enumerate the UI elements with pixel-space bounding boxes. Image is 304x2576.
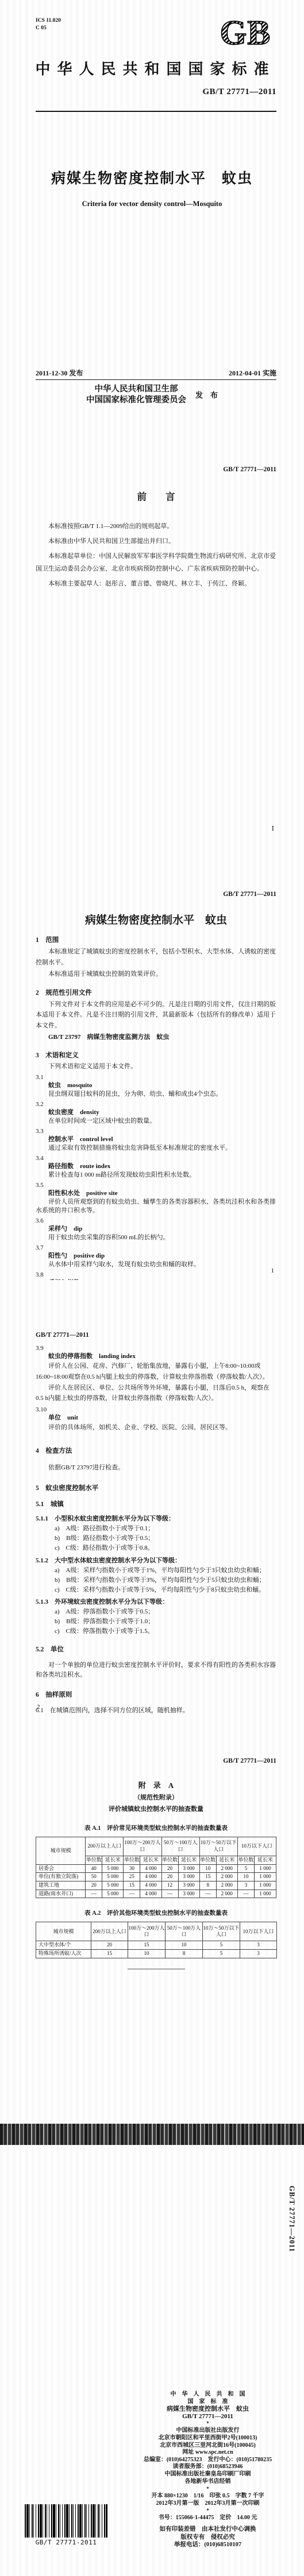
table-cell: 200万以上人口 bbox=[91, 1922, 128, 1941]
appendix-subtitle: （规范性附录） bbox=[36, 1793, 276, 1802]
page-header: GB/T 27771—2011 bbox=[36, 838, 276, 898]
cover-rule bbox=[36, 111, 276, 112]
list-item: b) B级：路径指数小于或等于0.5； bbox=[36, 1534, 276, 1543]
section-1-heading: 1 范围 bbox=[36, 935, 276, 944]
colophon-line: 中国标准出版社出版发行 bbox=[131, 2427, 284, 2435]
term-entry: 3.1 蚊虫 mosquito 昆虫纲双翅目蚊科的昆虫，分为卵、幼虫、蛹和成虫4… bbox=[36, 1073, 276, 1099]
separator-star-icon: * bbox=[131, 2507, 284, 2515]
table-cell: 10 bbox=[166, 1941, 203, 1950]
term-entry: 3.10 单位 unit 评价的具体场所，如机关、企业、学校、医院、公园、居民区… bbox=[36, 1406, 276, 1433]
section-5-heading: 5 蚊虫密度控制水平 bbox=[36, 1483, 276, 1492]
table-cell: 3 000 bbox=[178, 1890, 199, 1898]
section-5-2-heading: 5.2 单位 bbox=[36, 1644, 276, 1654]
standard-title-cn: 病媒生物密度控制水平 蚊虫 bbox=[0, 167, 304, 188]
list-item: c) C级：停落指数小于或等于1.5。 bbox=[36, 1627, 276, 1636]
colophon-line: 北京市朝阳区和平里西街甲2号(100013) bbox=[131, 2435, 284, 2442]
barcode-block: GB/T 27771-2011 bbox=[25, 2504, 107, 2546]
term-definition: 评价人员所观察到的有蚊虫幼虫、蛹孳生的各类容器积水、各类坑洼积水和各类排水系统的… bbox=[36, 1198, 276, 1215]
table-cell: 单位数 bbox=[199, 1856, 216, 1865]
copyright-notices: 如有印装差错 由本社发行中心调换 版权专有 侵权必究 举报电话：(010)685… bbox=[131, 2525, 284, 2549]
foreword-title: 前 言 bbox=[36, 489, 276, 503]
normative-reference: GB/T 23797 病媒生物密度监测方法 蚊虫 bbox=[36, 1033, 276, 1043]
page-number: 1 bbox=[271, 1267, 275, 1274]
table-cell: 8 bbox=[199, 1881, 216, 1890]
cover-page: ICS 11.020 C 05 GB 中华人民共和国国家标准 GB/T 2777… bbox=[0, 0, 304, 442]
colophon-line: 北京市西城区三里河北街16号(100045) bbox=[131, 2442, 284, 2450]
table-cell: 10 bbox=[199, 1864, 216, 1873]
term-number: 3.2 bbox=[36, 1100, 276, 1108]
table-cell: 100万～200万人口 bbox=[128, 1922, 166, 1941]
table-cell: 10万～50万以下人口 bbox=[199, 1837, 237, 1856]
term-entry: 3.6 采样勺 dip 用于蚊虫幼虫采集的容积500 mL的长柄勺。 bbox=[36, 1217, 276, 1242]
separator-star-icon: * bbox=[131, 2485, 284, 2493]
foreword-body: 本标准按照GB/T 1.1—2009给出的规则起草。 本标准由中华人民共和国卫生… bbox=[36, 520, 276, 590]
section-5-1-3-heading: 5.1.3 外环境蚊虫密度控制水平分为以下等级： bbox=[36, 1597, 276, 1607]
table-cell: 5 000 bbox=[102, 1873, 124, 1881]
table-cell: 20 bbox=[161, 1873, 178, 1881]
term-cn: 控制水平 bbox=[48, 1136, 74, 1143]
term-cn: 单位 bbox=[48, 1414, 61, 1421]
table-cell: — bbox=[124, 1890, 140, 1898]
colophon-block: 中 华 人 民 共 和 国 国 家 标 准 病媒生物密度控制水平 蚊虫 GB/T… bbox=[131, 2391, 284, 2522]
term-definition: 评价人在公园、花房、汽修厂、轮胎集放地，暴露右小腿，上午8:00~10:00或1… bbox=[36, 1361, 276, 1382]
table-cell: 4 000 bbox=[140, 1881, 161, 1890]
content-page-2: GB/T 27771—2011 3.9 蚊虫的停落指数 landing inde… bbox=[0, 1280, 304, 1716]
cover-dates: 2011-12-30 发布 2012-04-01 实施 bbox=[36, 368, 276, 378]
term-number: 3.8 bbox=[36, 1271, 276, 1279]
list-item: a) A级：采样勺指数小于或等于1%，平均每阳性勺少于3只蚊虫幼虫和蛹； bbox=[36, 1566, 276, 1576]
table-cell: — bbox=[199, 1890, 216, 1898]
list-item: a) A级：路径指数小于或等于0.1； bbox=[36, 1524, 276, 1534]
term-en: positive site bbox=[86, 1190, 118, 1197]
term-entry: 3.8 采样勺指数 dip index 对大中型水体，包括池塘、湖泊和河流，沿岸… bbox=[36, 1271, 276, 1280]
page-header: GB/T 27771—2011 bbox=[36, 1716, 276, 1764]
table-cell: 50万～100万人口 bbox=[166, 1922, 203, 1941]
term-number: 3.4 bbox=[36, 1154, 276, 1162]
svg-text:GB: GB bbox=[220, 16, 271, 51]
term-number: 3.10 bbox=[36, 1406, 276, 1414]
colophon-line: 国 家 标 准 bbox=[131, 2399, 284, 2406]
table-row: 大中型水体/个 20 15 10 5 3 bbox=[36, 1941, 277, 1950]
colophon-line: 中国标准出版社秦皇岛印刷厂印刷 bbox=[131, 2471, 284, 2478]
term-entry: 3.3 控制水平 control level 通过采取有效控制措施将蚊虫危害降低… bbox=[36, 1127, 276, 1153]
table-cell: 200万以上人口 bbox=[86, 1837, 124, 1856]
table-cell: 10万以下人口 bbox=[237, 1837, 276, 1856]
section-3-text: 下列术语和定义适用于本文件。 bbox=[36, 1062, 276, 1072]
term-number: 3.5 bbox=[36, 1181, 276, 1189]
table-row: 单位(有独立院落) 50 5 000 25 4 000 20 3 000 15 … bbox=[36, 1873, 276, 1881]
table-cell: 15 bbox=[91, 1950, 128, 1958]
table-cell: — bbox=[237, 1890, 254, 1898]
issuing-bodies: 中华人民共和国卫生部 中国国家标准化管理委员会 发 布 bbox=[0, 384, 304, 406]
table-row: 特殊场所诱蚊/人次 15 10 8 5 3 bbox=[36, 1950, 277, 1958]
standard-number: GB/T 27771—2011 bbox=[203, 87, 277, 97]
term-name: 路径指数 route index bbox=[36, 1162, 276, 1171]
list-item: c) C级：采样勺指数小于或等于5%，平均每阳性勺少于8只蚊虫幼虫和蛹。 bbox=[36, 1585, 276, 1595]
term-en: landing index bbox=[99, 1353, 136, 1360]
list-item: c) C级：路径指数小于或等于0.8。 bbox=[36, 1543, 276, 1553]
term-number: 3.9 bbox=[36, 1344, 276, 1352]
barcode bbox=[25, 2504, 107, 2538]
table-cell: 单位数 bbox=[86, 1856, 102, 1865]
appendix-subject: 评价城镇蚊虫控制水平的抽查数量 bbox=[36, 1804, 276, 1813]
term-name: 阳性勺 positive dip bbox=[36, 1252, 276, 1260]
table-cell: 3 bbox=[240, 1941, 277, 1950]
colophon-line: GB/T 27771—2011 bbox=[131, 2413, 284, 2420]
table-cell: 特殊场所诱蚊/人次 bbox=[36, 1950, 91, 1958]
term-definition: 评价人在居民区、单位、公共场所等外环境，暴露右小腿，日落后0.5 h，观察在0.… bbox=[36, 1383, 276, 1404]
foreword-paragraph: 本标准由中华人民共和国卫生部提出并归口。 bbox=[36, 535, 276, 548]
foreword-paragraph: 本标准起草单位：中国人民解放军军事医学科学院微生物流行病研究所、北京市爱国卫生运… bbox=[36, 550, 276, 575]
colophon-line: 病媒生物密度控制水平 蚊虫 bbox=[131, 2406, 284, 2413]
spine-text: GB/T 27771—2011 bbox=[287, 2186, 296, 2252]
table-cell: 20 bbox=[86, 1881, 102, 1890]
term-entry: 3.5 阳性积水处 positive site 评价人员所观察到的有蚊虫幼虫、蛹… bbox=[36, 1181, 276, 1215]
colophon-line: 总编室：(010)64275323 发行中心：(010)51780235 bbox=[131, 2457, 284, 2464]
page-number: 2 bbox=[37, 1704, 40, 1710]
term-number: 3.6 bbox=[36, 1217, 276, 1225]
colophon-line: 2012年3月第一版 2012年3月第一次印刷 bbox=[131, 2500, 284, 2508]
publish-label: 发 布 bbox=[195, 389, 218, 400]
table-cell: 5 bbox=[237, 1864, 254, 1873]
term-definition: 在单位时间或一定区域中蚊虫的数量。 bbox=[36, 1117, 276, 1126]
table-cell: 单位数 bbox=[237, 1856, 254, 1865]
colophon-line: 开本 880×1230 1/16 印张 0.5 字数 7 千字 bbox=[131, 2493, 284, 2500]
table-cell: 10 bbox=[237, 1873, 254, 1881]
section-5-1-heading: 5.1 城镇 bbox=[36, 1499, 276, 1508]
table-cell: 延长米 bbox=[254, 1856, 276, 1865]
term-cn: 蚊虫密度 bbox=[48, 1109, 74, 1116]
table-cell: 20 bbox=[161, 1864, 178, 1873]
appendix-page: GB/T 27771—2011 附 录 A （规范性附录） 评价城镇蚊虫控制水平… bbox=[0, 1716, 304, 2124]
table-cell: 单位(有独立院落) bbox=[36, 1873, 86, 1881]
issue-date: 2011-12-30 发布 bbox=[36, 368, 83, 378]
term-definition: 用于蚊虫幼虫采集的容积500 mL的长柄勺。 bbox=[36, 1233, 276, 1242]
term-cn: 蚊虫 bbox=[48, 1082, 61, 1089]
table-cell: 建筑工地 bbox=[36, 1881, 86, 1890]
notice-line: 如有印装差错 由本社发行中心调换 bbox=[131, 2525, 284, 2534]
content-page-1: GB/T 27771—2011 病媒生物密度控制水平 蚊虫 1 范围 本标准规定… bbox=[0, 838, 304, 1280]
table-cell: 20 bbox=[91, 1941, 128, 1950]
table-cell: 3 bbox=[240, 1950, 277, 1958]
term-name: 阳性积水处 positive site bbox=[36, 1189, 276, 1198]
section-2-heading: 2 规范性引用文件 bbox=[36, 988, 276, 997]
table-cell: 30 bbox=[124, 1864, 140, 1873]
table-cell: 1 000 bbox=[254, 1881, 276, 1890]
table-cell: — bbox=[161, 1890, 178, 1898]
table-cell: 4 000 bbox=[140, 1890, 161, 1898]
spine-label: GB/T 27771—2011 bbox=[287, 2186, 296, 2260]
term-entry: 3.4 路径指数 route index 累计检查每1 000 m路径所发现蚊幼… bbox=[36, 1154, 276, 1180]
table-cell: 居委会 bbox=[36, 1864, 86, 1873]
term-definition: 昆虫纲双翅目蚊科的昆虫，分为卵、幼虫、蛹和成虫4个虫态。 bbox=[36, 1090, 276, 1099]
table-cell: 2 000 bbox=[216, 1890, 237, 1898]
table-cell: 城市规模 bbox=[36, 1922, 91, 1941]
term-definition: 评价的具体场所，如机关、企业、学校、医院、公园、居民区等。 bbox=[36, 1422, 276, 1433]
term-cn: 采样勺 bbox=[48, 1225, 67, 1232]
term-definition: 累计检查每1 000 m路径所发现蚊幼虫阳性积水处数。 bbox=[36, 1171, 276, 1180]
foreword-paragraph: 本标准主要起草人：赵彤言、董言德、曾晓芃、林立丰、于传江、佟颖。 bbox=[36, 577, 276, 590]
term-number: 3.7 bbox=[36, 1244, 276, 1252]
term-en: route index bbox=[80, 1163, 110, 1170]
term-entry: 3.9 蚊虫的停落指数 landing index 评价人在公园、花房、汽修厂、… bbox=[36, 1344, 276, 1404]
issuer-1: 中华人民共和国卫生部 bbox=[86, 384, 186, 395]
section-3-heading: 3 术语和定义 bbox=[36, 1050, 276, 1060]
table-cell: 3 bbox=[237, 1881, 254, 1890]
issuer-names: 中华人民共和国卫生部 中国国家标准化管理委员会 bbox=[86, 384, 186, 406]
table-cell: 4 000 bbox=[140, 1873, 161, 1881]
table-cell: 3 000 bbox=[178, 1881, 199, 1890]
colophon-line: 书号：155066·1-44475 定价 14.00 元 bbox=[131, 2515, 284, 2522]
table-cell: 城市规模 bbox=[36, 1837, 86, 1865]
standard-document-scan: ICS 11.020 C 05 GB 中华人民共和国国家标准 GB/T 2777… bbox=[0, 0, 304, 2576]
page-header: GB/T 27771—2011 bbox=[36, 1280, 276, 1339]
standard-title-en: Criteria for vector density control—Mosq… bbox=[0, 200, 304, 208]
list-item: b) B级：采样勺指数小于或等于3%，平均每阳性勺少于5只蚊虫幼虫和蛹； bbox=[36, 1576, 276, 1585]
section-4-text: 依据GB/T 23797进行检查。 bbox=[36, 1463, 276, 1473]
table-a1: 城市规模 200万以上人口 100万～200万人口 50万～100万人口 10万… bbox=[36, 1837, 276, 1898]
table-cell: 1 000 bbox=[254, 1864, 276, 1873]
table-cell: 5 bbox=[203, 1950, 240, 1958]
cover-rule-bottom bbox=[36, 379, 276, 380]
ics-classification: ICS 11.020 C 05 bbox=[36, 17, 61, 32]
term-number: 3.3 bbox=[36, 1127, 276, 1135]
table-cell: 1 000 bbox=[254, 1890, 276, 1898]
term-cn: 阳性勺 bbox=[48, 1252, 67, 1259]
table-cell: 延长米 bbox=[140, 1856, 161, 1865]
appendix-title: 附 录 A bbox=[36, 1779, 276, 1790]
table-cell: 3 000 bbox=[178, 1864, 199, 1873]
term-en: unit bbox=[67, 1414, 78, 1421]
list-item: b) B级：停落指数小于或等于1.0； bbox=[36, 1617, 276, 1627]
term-definition: 从水体中用采样勺取水，发现有蚊虫幼虫和蛹的取样。 bbox=[36, 1260, 276, 1269]
issuer-2: 中国国家标准化管理委员会 bbox=[86, 395, 186, 406]
table-cell: 15 bbox=[124, 1881, 140, 1890]
gb-logo-icon: GB bbox=[216, 16, 275, 53]
table-cell: 10万～50万以下人口 bbox=[203, 1922, 240, 1941]
section-6-1-text: 6.1 在城镇范围内，选择不同方位的区域，随机抽样。 bbox=[36, 1706, 276, 1716]
table-cell: 单位数 bbox=[161, 1856, 178, 1865]
table-cell: 25 bbox=[124, 1873, 140, 1881]
term-definition: 通过采取有效控制措施将蚊虫危害降低至本标准规定的密度水平。 bbox=[36, 1144, 276, 1153]
section-2-text: 下列文件对于本文件的应用是必不可少的。凡是注日期的引用文件，仅注日期的版本适用于… bbox=[36, 999, 276, 1031]
table-cell: 100万～200万人口 bbox=[124, 1837, 161, 1856]
section-4-heading: 4 检查方法 bbox=[36, 1446, 276, 1455]
scan-edge-stripe bbox=[0, 2124, 304, 2145]
colophon-line: 网址 www.spc.net.cn bbox=[131, 2449, 284, 2457]
implementation-date: 2012-04-01 实施 bbox=[229, 368, 276, 378]
table-a1-caption: 表 A.1 评价常见环境类型蚊虫控制水平的抽查数量表 bbox=[36, 1824, 276, 1832]
table-cell: 4 000 bbox=[140, 1864, 161, 1873]
section-5-1-1-heading: 5.1.1 小型积水蚊虫密度控制水平分为以下等级： bbox=[36, 1514, 276, 1524]
table-row: 建筑工地 20 5 000 15 4 000 12 3 000 8 2 000 … bbox=[36, 1881, 276, 1890]
table-cell: 5 bbox=[203, 1941, 240, 1950]
table-cell: 50万～100万人口 bbox=[161, 1837, 199, 1856]
table-cell: 8 bbox=[166, 1950, 203, 1958]
table-cell: 5 000 bbox=[102, 1881, 124, 1890]
section-6-heading: 6 抽样原则 bbox=[36, 1690, 276, 1699]
table-cell: 5 000 bbox=[102, 1890, 124, 1898]
term-cn: 阳性积水处 bbox=[48, 1190, 80, 1197]
colophon-line: 中 华 人 民 共 和 国 bbox=[131, 2391, 284, 2399]
notice-line: 版权专有 侵权必究 bbox=[131, 2534, 284, 2542]
section-5-1-2-heading: 5.1.2 大中型水体蚊虫密度控制水平分为以下等级： bbox=[36, 1556, 276, 1566]
table-cell: 1 000 bbox=[254, 1873, 276, 1881]
separator-star-icon: * bbox=[131, 2420, 284, 2427]
term-name: 蚊虫的停落指数 landing index bbox=[36, 1352, 276, 1361]
term-name: 单位 unit bbox=[36, 1414, 276, 1422]
page-number: Ⅰ bbox=[272, 825, 274, 832]
table-cell: — bbox=[86, 1890, 102, 1898]
table-cell: 5 000 bbox=[102, 1864, 124, 1873]
term-name: 控制水平 control level bbox=[36, 1135, 276, 1144]
term-cn: 蚊虫的停落指数 bbox=[48, 1353, 93, 1360]
foreword-paragraph: 本标准按照GB/T 1.1—2009给出的规则起草。 bbox=[36, 520, 276, 533]
table-cell: 15 bbox=[199, 1873, 216, 1881]
table-cell: 15 bbox=[128, 1941, 166, 1950]
table-cell: 50 bbox=[86, 1873, 102, 1881]
table-cell: 2 000 bbox=[216, 1864, 237, 1873]
section-1-text: 本标准适用于城镇蚊虫控制的效果评价。 bbox=[36, 969, 276, 980]
back-cover-page: GB/T 27771—2011 中 华 人 民 共 和 国 国 家 标 准 病媒… bbox=[0, 2145, 304, 2576]
table-cell: 10 bbox=[128, 1950, 166, 1958]
colophon-line: 读者服务部：(010)68523946 bbox=[131, 2464, 284, 2471]
term-en: mosquito bbox=[67, 1082, 92, 1089]
term-en: dip bbox=[74, 1225, 82, 1232]
term-cn: 路径指数 bbox=[48, 1163, 74, 1170]
term-entry: 3.7 阳性勺 positive dip 从水体中用采样勺取水，发现有蚊虫幼虫和… bbox=[36, 1244, 276, 1269]
table-cell: 道路(雨水井口) bbox=[36, 1890, 86, 1898]
term-number: 3.1 bbox=[36, 1073, 276, 1081]
table-cell: 延长米 bbox=[178, 1856, 199, 1865]
term-name: 蚊虫密度 density bbox=[36, 1108, 276, 1117]
table-cell: 10万以下人口 bbox=[240, 1922, 277, 1941]
colophon-line: 各地新华书店经销 bbox=[131, 2478, 284, 2486]
table-cell: 3 000 bbox=[178, 1873, 199, 1881]
term-en: density bbox=[80, 1109, 99, 1116]
table-cell: 延长米 bbox=[102, 1856, 124, 1865]
term-entry: 3.2 蚊虫密度 density 在单位时间或一定区域中蚊虫的数量。 bbox=[36, 1100, 276, 1126]
section-5-2-text: 对一个单独的单位进行蚊虫密度控制水平评价时，要求不得有阳性的各类积水容器和各类坑… bbox=[36, 1661, 276, 1681]
table-row: 居委会 40 5 000 30 4 000 20 3 000 10 2 000 … bbox=[36, 1864, 276, 1873]
table-cell: 12 bbox=[161, 1881, 178, 1890]
foreword-page: GB/T 27771—2011 前 言 本标准按照GB/T 1.1—2009给出… bbox=[0, 442, 304, 838]
term-name: 蚊虫 mosquito bbox=[36, 1081, 276, 1090]
term-name: 采样勺 dip bbox=[36, 1225, 276, 1233]
barcode-label: GB/T 27771-2011 bbox=[25, 2539, 107, 2546]
ccs-code: C 05 bbox=[36, 25, 61, 32]
page-header: GB/T 27771—2011 bbox=[36, 442, 276, 473]
table-cell: 延长米 bbox=[216, 1856, 237, 1865]
table-a2: 城市规模 200万以上人口 100万～200万人口 50万～100万人口 10万… bbox=[36, 1922, 277, 1958]
table-a2-caption: 表 A.2 评价其他环境类型蚊虫控制水平的抽查数量表 bbox=[36, 1908, 276, 1917]
national-standard-heading: 中华人民共和国国家标准 bbox=[0, 57, 304, 79]
end-of-document-rule bbox=[128, 1969, 185, 1969]
table-cell: 2 000 bbox=[216, 1881, 237, 1890]
term-en: positive dip bbox=[74, 1252, 105, 1259]
document-title: 病媒生物密度控制水平 蚊虫 bbox=[36, 911, 276, 927]
table-cell: 大中型水体/个 bbox=[36, 1941, 91, 1950]
table-cell: 2 000 bbox=[216, 1873, 237, 1881]
list-item: a) A级：停落指数小于或等于0.5； bbox=[36, 1607, 276, 1617]
table-cell: 单位数 bbox=[124, 1856, 140, 1865]
table-cell: 40 bbox=[86, 1864, 102, 1873]
table-row: 道路(雨水井口) — 5 000 — 4 000 — 3 000 — 2 000… bbox=[36, 1890, 276, 1898]
notice-line: 举报电话：(010)68510107 bbox=[131, 2541, 284, 2549]
section-1-text: 本标准规定了城镇蚊虫的密度控制水平，包括小型积水、大型水体、人诱蚊的密度控制水平… bbox=[36, 946, 276, 969]
term-en: control level bbox=[80, 1136, 113, 1143]
ics-code: ICS 11.020 bbox=[36, 17, 61, 25]
